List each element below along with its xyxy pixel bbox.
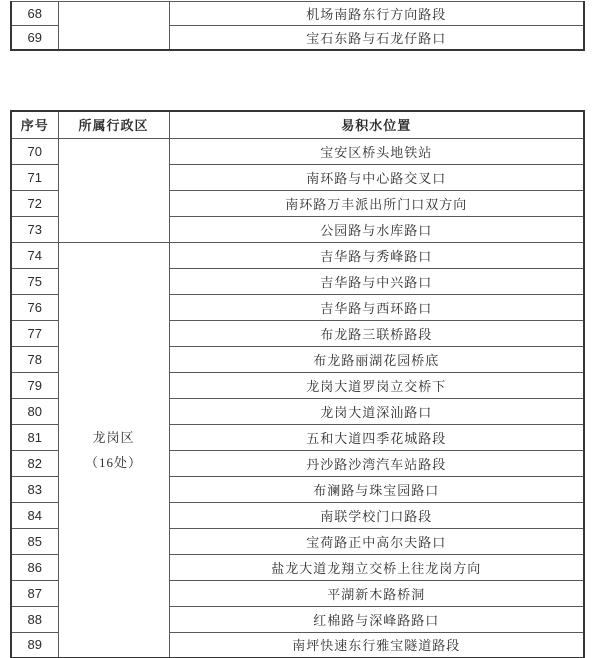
table-row: 74 龙岗区 （16处） 吉华路与秀峰路口	[11, 242, 584, 268]
location-cell: 宝荷路正中高尔夫路口	[169, 528, 584, 554]
location-cell: 布澜路与珠宝园路口	[169, 476, 584, 502]
district-cell-empty	[58, 138, 169, 242]
location-cell: 盐龙大道龙翔立交桥上往龙岗方向	[169, 554, 584, 580]
row-number-cell: 77	[11, 320, 58, 346]
location-cell: 吉华路与西环路口	[169, 294, 584, 320]
location-cell: 平湖新木路桥洞	[169, 580, 584, 606]
district-name: 龙岗区	[59, 425, 169, 450]
location-cell: 五和大道四季花城路段	[169, 424, 584, 450]
header-location: 易积水位置	[169, 111, 584, 138]
header-district: 所属行政区	[58, 111, 169, 138]
waterlogging-table: 序号 所属行政区 易积水位置 70 宝安区桥头地铁站 71 南环路与中心路交叉口…	[10, 110, 585, 658]
row-number-cell: 70	[11, 138, 58, 164]
row-number-cell: 82	[11, 450, 58, 476]
location-cell: 吉华路与中兴路口	[169, 268, 584, 294]
row-number-cell: 87	[11, 580, 58, 606]
location-cell: 布龙路丽湖花园桥底	[169, 346, 584, 372]
header-serial-number: 序号	[11, 111, 58, 138]
location-cell: 宝石东路与石龙仔路口	[169, 26, 584, 50]
row-number-cell: 83	[11, 476, 58, 502]
location-cell: 机场南路东行方向路段	[169, 2, 584, 26]
location-cell: 南环路与中心路交叉口	[169, 164, 584, 190]
location-cell: 宝安区桥头地铁站	[169, 138, 584, 164]
row-number-cell: 88	[11, 606, 58, 632]
row-number-cell: 72	[11, 190, 58, 216]
district-count: （16处）	[59, 450, 169, 475]
location-cell: 龙岗大道深汕路口	[169, 398, 584, 424]
location-cell: 布龙路三联桥路段	[169, 320, 584, 346]
row-number-cell: 76	[11, 294, 58, 320]
row-number-cell: 68	[11, 2, 58, 26]
row-number-cell: 75	[11, 268, 58, 294]
row-number-cell: 84	[11, 502, 58, 528]
row-number-cell: 73	[11, 216, 58, 242]
row-number-cell: 80	[11, 398, 58, 424]
location-cell: 吉华路与秀峰路口	[169, 242, 584, 268]
row-number-cell: 81	[11, 424, 58, 450]
row-number-cell: 85	[11, 528, 58, 554]
district-cell-longgang: 龙岗区 （16处）	[58, 242, 169, 658]
location-cell: 龙岗大道罗岗立交桥下	[169, 372, 584, 398]
row-number-cell: 71	[11, 164, 58, 190]
location-cell: 南环路万丰派出所门口双方向	[169, 190, 584, 216]
table-row: 68 机场南路东行方向路段	[11, 2, 584, 26]
row-number-cell: 79	[11, 372, 58, 398]
table-row: 70 宝安区桥头地铁站	[11, 138, 584, 164]
row-number-cell: 86	[11, 554, 58, 580]
row-number-cell: 78	[11, 346, 58, 372]
previous-page-table: 68 机场南路东行方向路段 69 宝石东路与石龙仔路口	[10, 1, 585, 51]
location-cell: 公园路与水库路口	[169, 216, 584, 242]
location-cell: 红棉路与深峰路路口	[169, 606, 584, 632]
document-page: { "document": { "background": "#ffffff",…	[0, 0, 595, 658]
district-cell-empty	[58, 2, 169, 50]
row-number-cell: 74	[11, 242, 58, 268]
location-cell: 南联学校门口路段	[169, 502, 584, 528]
location-cell: 丹沙路沙湾汽车站路段	[169, 450, 584, 476]
location-cell: 南坪快速东行雅宝隧道路段	[169, 632, 584, 658]
table-header-row: 序号 所属行政区 易积水位置	[11, 111, 584, 138]
row-number-cell: 89	[11, 632, 58, 658]
row-number-cell: 69	[11, 26, 58, 50]
